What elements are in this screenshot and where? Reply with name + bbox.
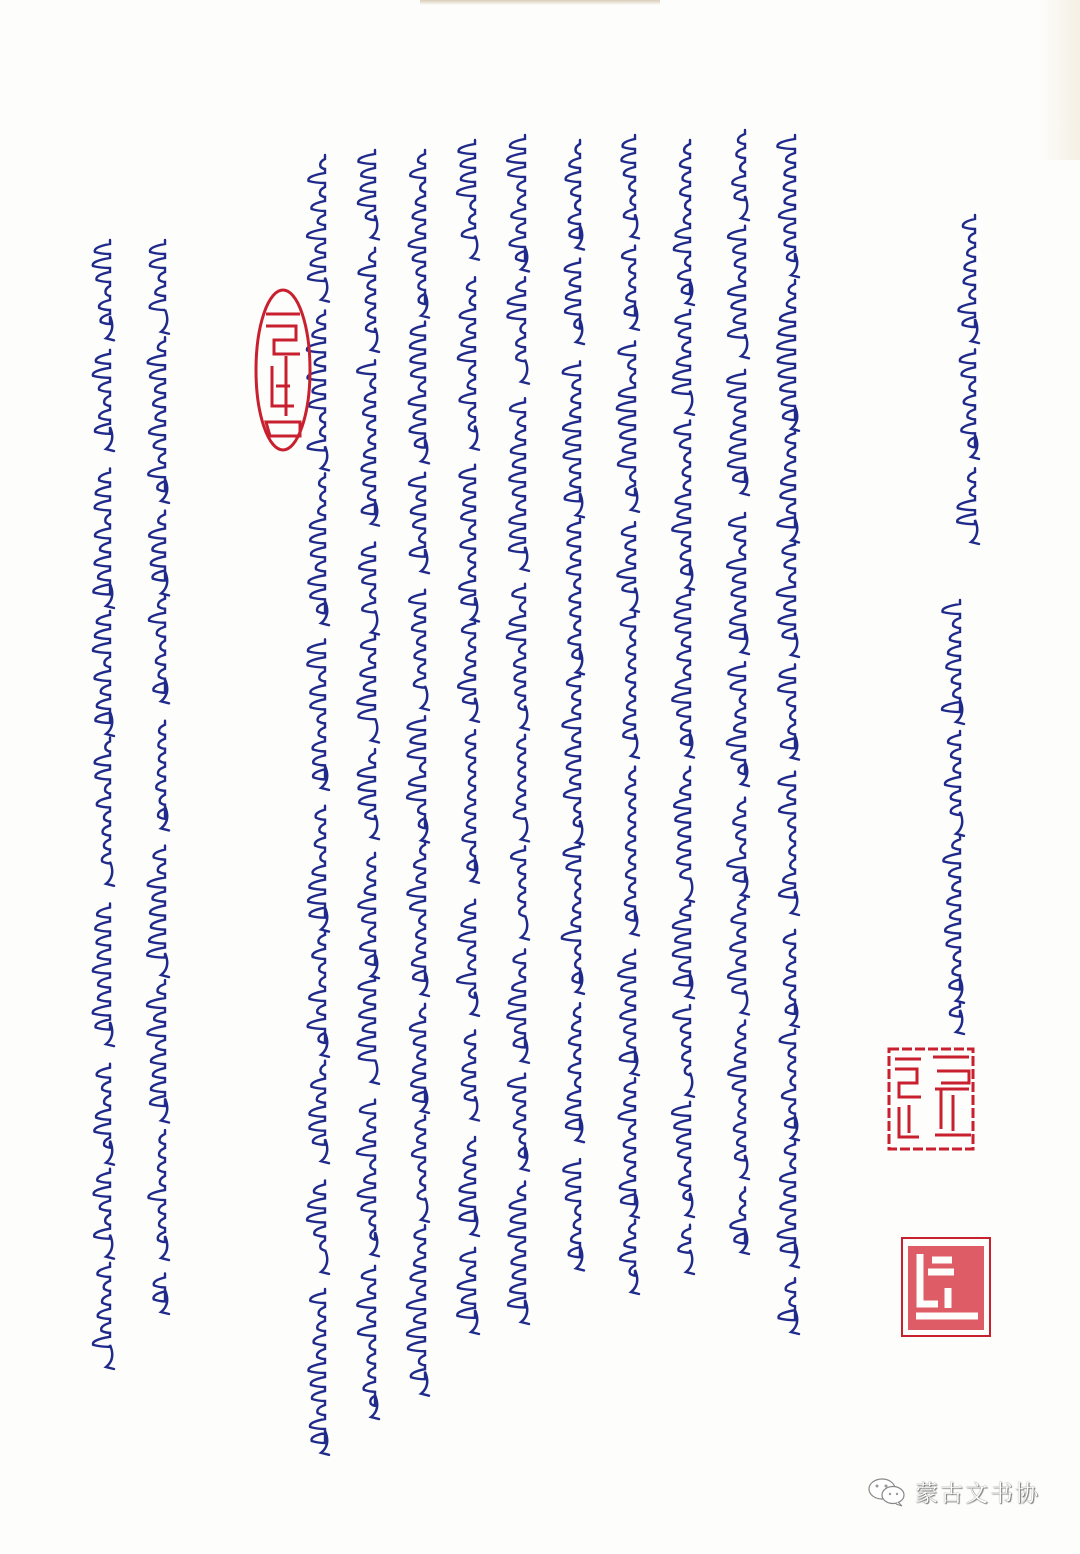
script-column xyxy=(407,150,429,1396)
script-column xyxy=(777,135,799,1334)
oval-seal xyxy=(252,286,314,454)
watermark: 蒙古文书协 xyxy=(867,1475,1040,1508)
square-seal-relief xyxy=(885,1045,977,1153)
script-column xyxy=(957,215,979,544)
script-column xyxy=(562,140,584,1270)
script-column xyxy=(672,140,694,1274)
script-column xyxy=(147,240,169,1314)
script-column xyxy=(507,135,529,1324)
script-column xyxy=(93,240,114,1369)
script-column xyxy=(457,140,479,1334)
square-seal-intaglio xyxy=(898,1232,994,1340)
script-column xyxy=(727,130,749,1254)
script-column xyxy=(357,150,379,1419)
script-column xyxy=(942,600,964,1034)
wechat-icon xyxy=(867,1476,907,1508)
watermark-text: 蒙古文书协 xyxy=(915,1475,1040,1508)
script-column xyxy=(617,135,639,1294)
